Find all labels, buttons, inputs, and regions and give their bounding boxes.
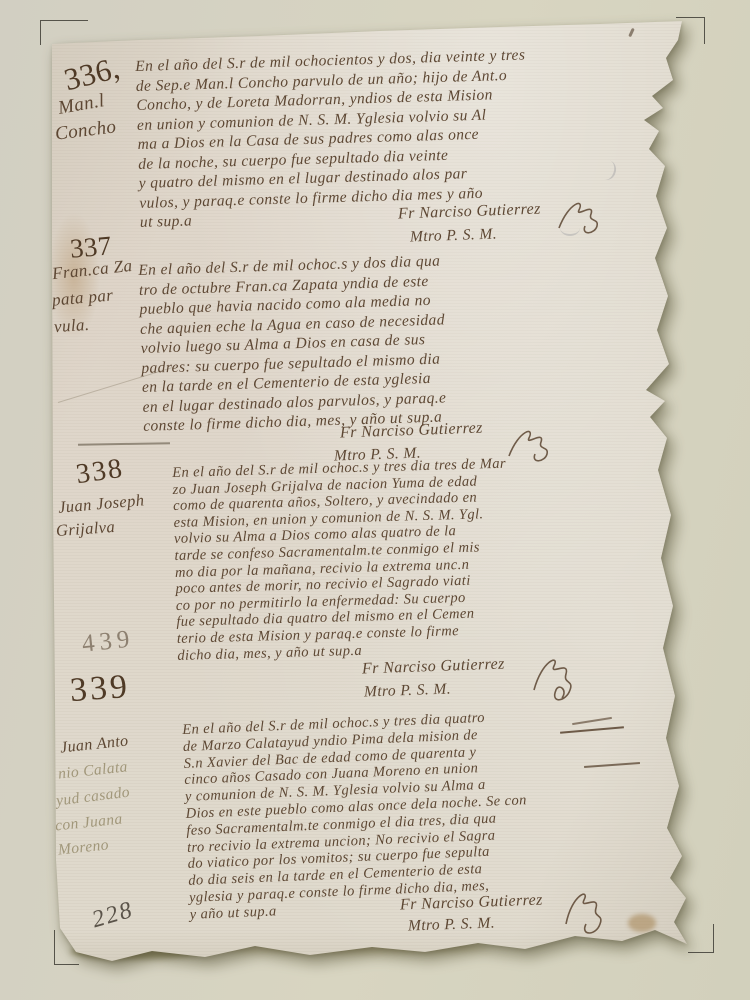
margin-name-line: Grijalva: [55, 517, 115, 541]
ghost-pencil-mark: [596, 158, 619, 182]
margin-name-line: con Juana: [54, 811, 123, 836]
entry-number: 338: [74, 453, 126, 491]
margin-name-line: Man.l: [56, 90, 106, 120]
correction-stroke: [560, 726, 624, 734]
signature-rubric: [528, 650, 576, 706]
margin-name-line: Moreno: [57, 836, 110, 859]
entry-body: En el año del S.r de mil ochoc.s y dos d…: [138, 251, 448, 436]
signature-title: Mtro P. S. M.: [364, 680, 452, 701]
margin-name-line: Juan Joseph: [57, 490, 145, 517]
signature-rubric: [555, 196, 601, 238]
signature-name: Fr Narciso Gutierrez: [340, 420, 483, 443]
signature-title: Mtro P. S. M.: [408, 914, 496, 935]
correction-stroke: [572, 717, 612, 725]
signature-name: Fr Narciso Gutierrez: [362, 656, 505, 679]
emphasis-dash: [584, 762, 640, 767]
entry-number: 339: [69, 668, 132, 710]
margin-name-line: yud casado: [55, 784, 131, 811]
signature-name: Fr Narciso Gutierrez: [400, 892, 543, 915]
margin-name-line: Concho: [54, 116, 118, 145]
photograph-background: { "page_number": "228", "colors": { "boa…: [0, 0, 750, 1000]
entry-body: En el año del S.r de mil ochoc.s y tres …: [182, 708, 531, 923]
margin-name-line: pata par: [51, 285, 114, 310]
margin-name-line: Juan Anto: [59, 732, 129, 757]
paper-sheet: 336, Man.l Concho En el año del S.r de m…: [0, 0, 750, 1000]
margin-name-line: vula.: [53, 315, 90, 337]
folio-number: 228: [89, 897, 137, 935]
signature-rubric: [505, 424, 551, 466]
signature-rubric: [560, 884, 604, 938]
manuscript-page: 336, Man.l Concho En el año del S.r de m…: [0, 0, 750, 1000]
entry-number-draft: 439: [81, 625, 136, 658]
entry-body: En el año del S.r de mil ochoc.s y tres …: [172, 456, 511, 664]
margin-name-line: nio Calata: [57, 758, 128, 783]
signature-title: Mtro P. S. M.: [410, 225, 498, 246]
tan-stain-bottom-right: [628, 914, 656, 932]
ink-fleck: [628, 28, 635, 37]
margin-underline: [78, 442, 170, 445]
